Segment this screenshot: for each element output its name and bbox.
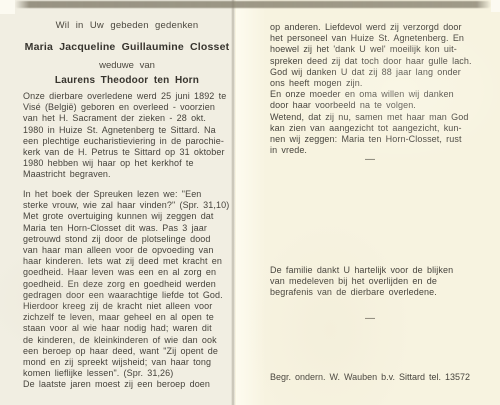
biography-paragraph: Onze dierbare overledene werd 25 juni 18… <box>23 91 226 181</box>
proverbs-tribute-paragraph: In het boek der Spreuken lezen we: "Een … <box>23 189 229 391</box>
memorial-card-scan: Wil in Uw gebeden gedenken Maria Jacquel… <box>0 0 500 405</box>
scan-corner-top-right <box>491 0 500 12</box>
gratitude-paragraph: op anderen. Liefdevol werd zij verzorgd … <box>270 22 472 156</box>
funeral-director-line: Begr. ondern. W. Wauben b.v. Sittard tel… <box>260 372 480 382</box>
page-gap-highlight <box>236 0 266 405</box>
husband-name: Laurens Theodoor ten Horn <box>24 75 230 86</box>
family-thanks-paragraph: De familie dankt U hartelijk voor de bli… <box>270 265 453 299</box>
prayer-request-line: Wil in Uw gebeden gedenken <box>24 20 230 31</box>
page-fold-crease <box>231 0 235 405</box>
section-divider-dash: — <box>270 313 470 324</box>
scan-corner-top-left <box>0 0 15 14</box>
widow-of-line: weduwe van <box>24 60 230 71</box>
deceased-name: Maria Jacqueline Guillaumine Closset <box>24 41 230 53</box>
section-divider-dash: — <box>270 154 470 165</box>
scan-top-edge-shadow <box>15 1 491 8</box>
